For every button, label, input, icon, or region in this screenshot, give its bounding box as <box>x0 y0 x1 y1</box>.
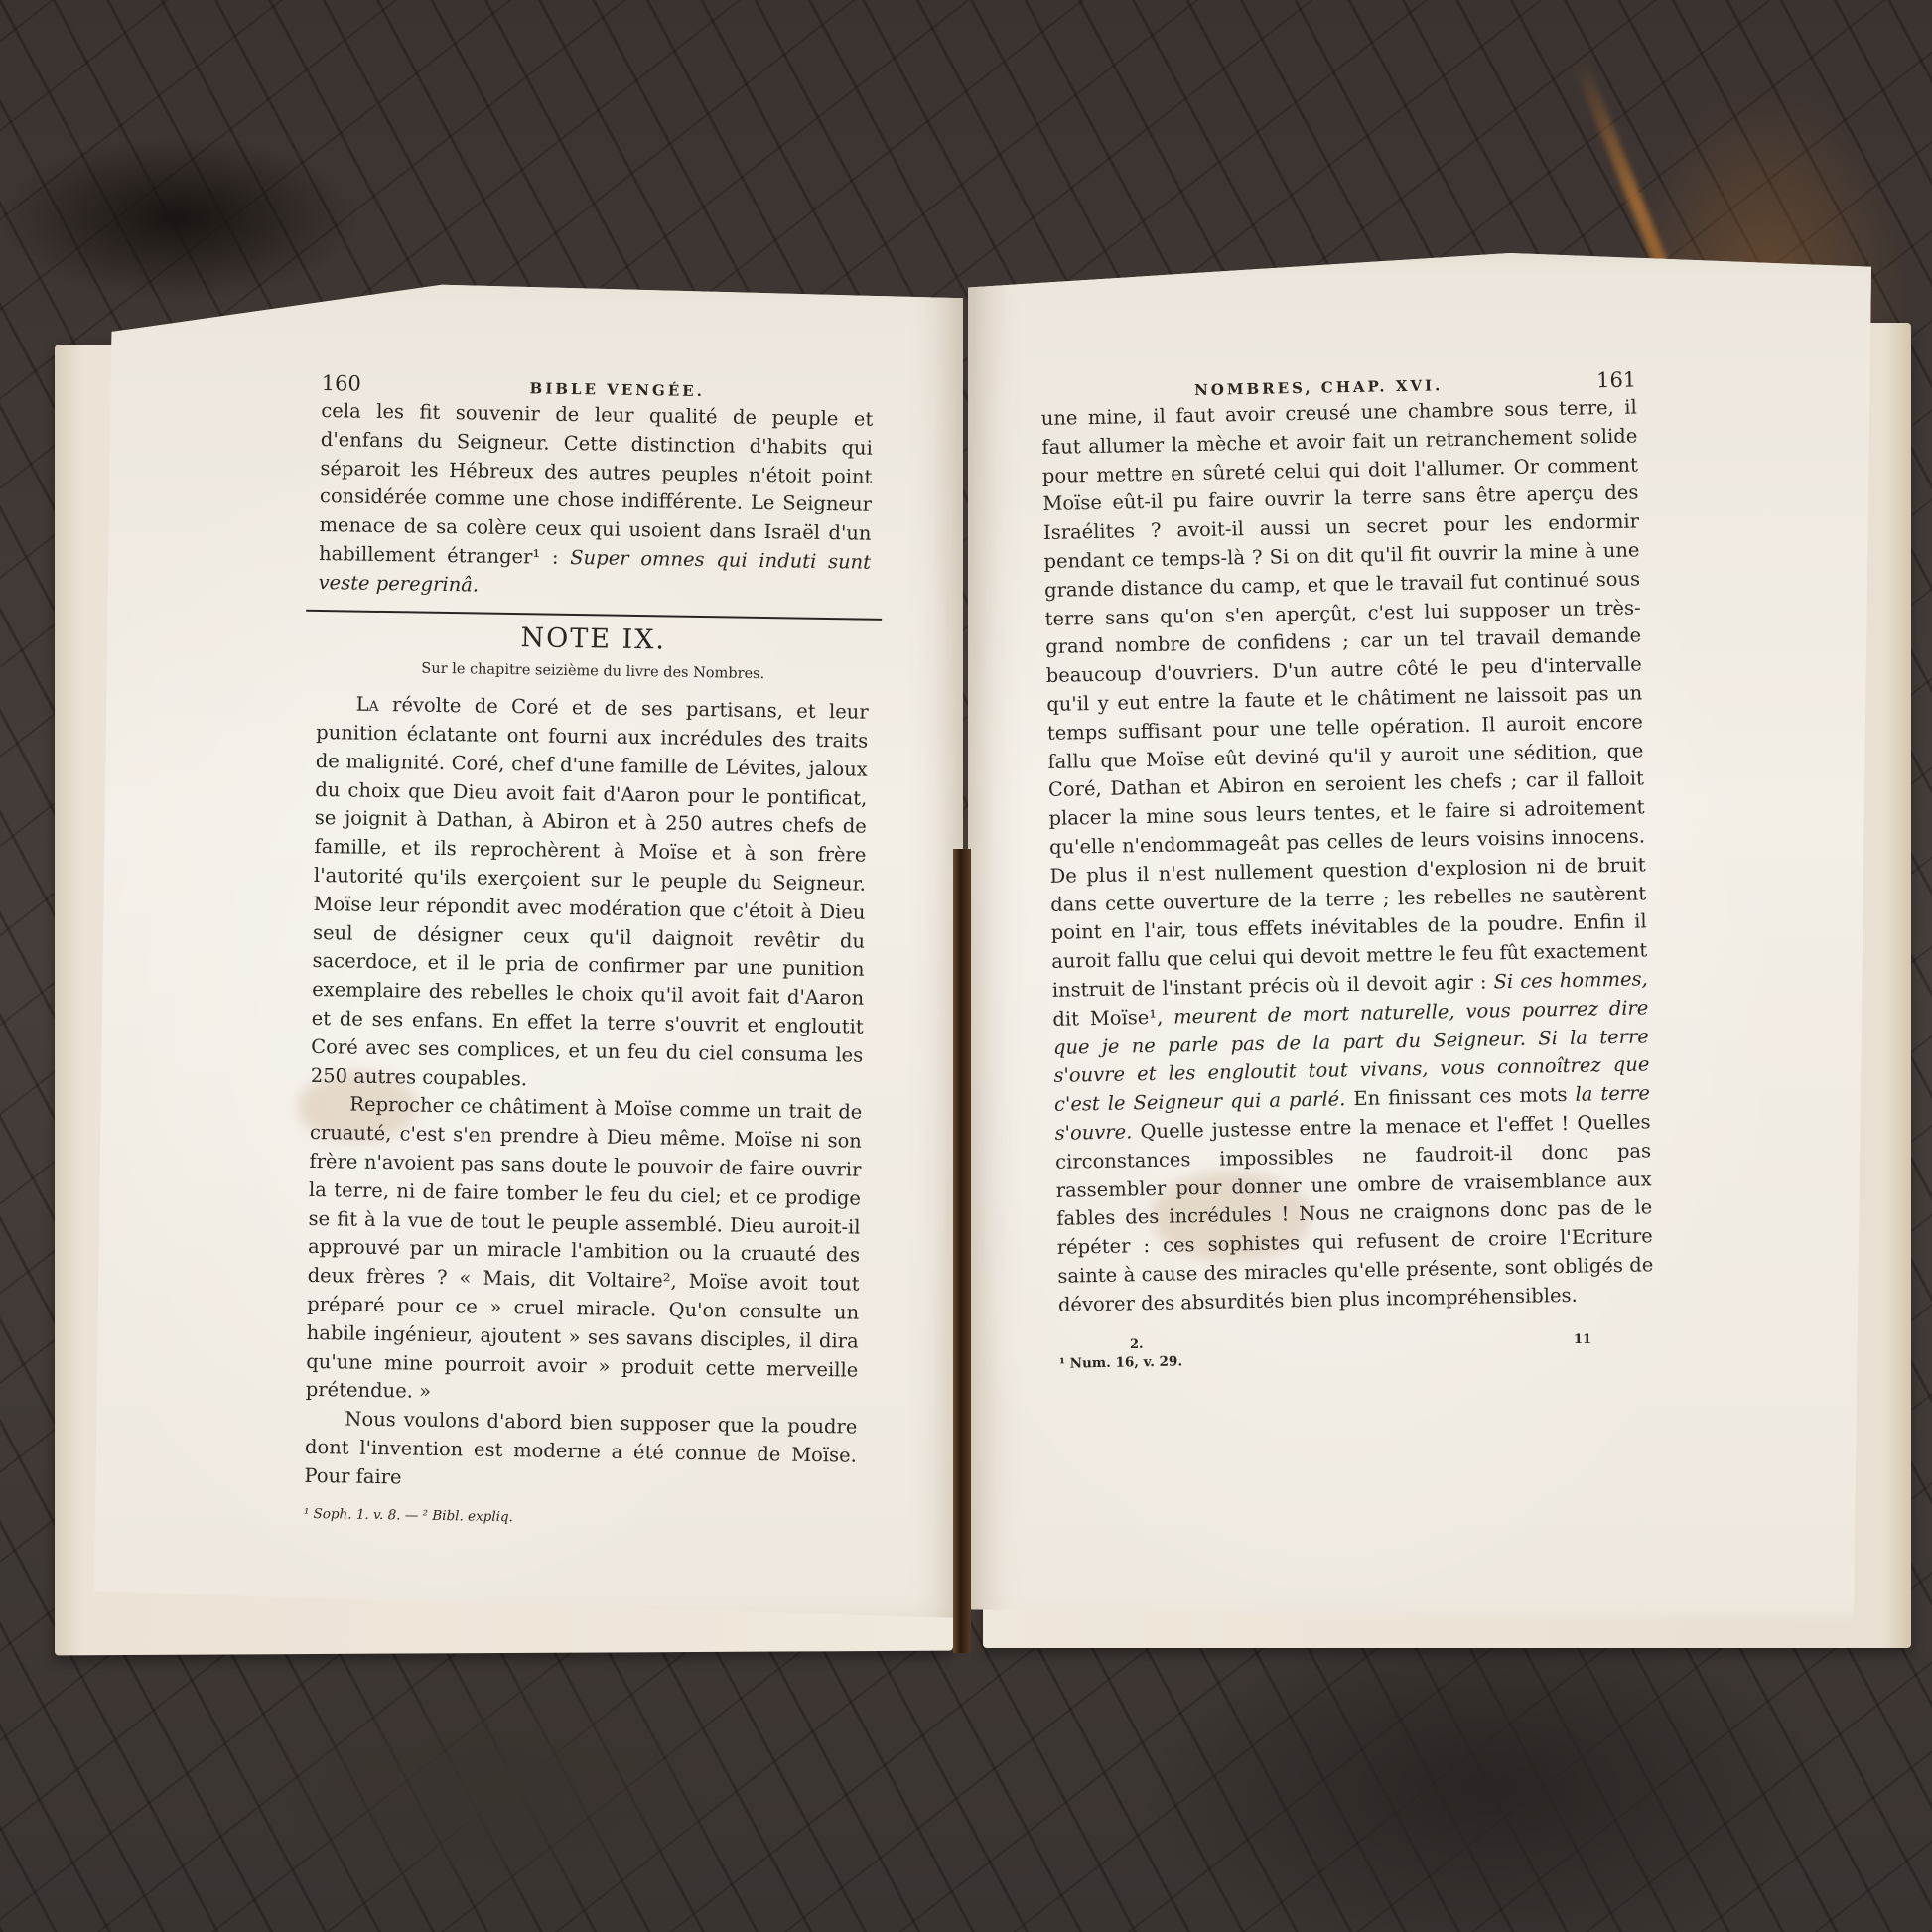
paragraph-3: Nous voulons d'abord bien supposer que l… <box>304 1405 857 1499</box>
right-page-text: NOMBRES, CHAP. XVI. 161 une mine, il fau… <box>1040 365 1655 1378</box>
page-number-left: 160 <box>322 369 362 398</box>
left-page-text: 160 BIBLE VENGÉE. cela les fit souvenir … <box>304 369 874 1538</box>
note-title: NOTE IX. <box>318 621 870 659</box>
right-body-paragraph: une mine, il faut avoir creusé une chamb… <box>1041 393 1655 1319</box>
page-number-right: 161 <box>1596 365 1637 395</box>
book-spine-gutter <box>953 849 971 1653</box>
paragraph-1: La révolte de Coré et de ses partisans, … <box>311 690 869 1099</box>
note-subtitle: Sur le chapitre seizième du livre des No… <box>317 653 869 691</box>
paragraph-2: Reprocher ce châtiment à Moïse comme un … <box>306 1090 863 1413</box>
signature-mark: 2. <box>1130 1337 1144 1352</box>
continuation-paragraph: cela les fit souvenir de leur qualité de… <box>318 397 873 606</box>
section-rule <box>306 609 882 620</box>
signature-mark-right: 11 <box>1574 1332 1591 1347</box>
